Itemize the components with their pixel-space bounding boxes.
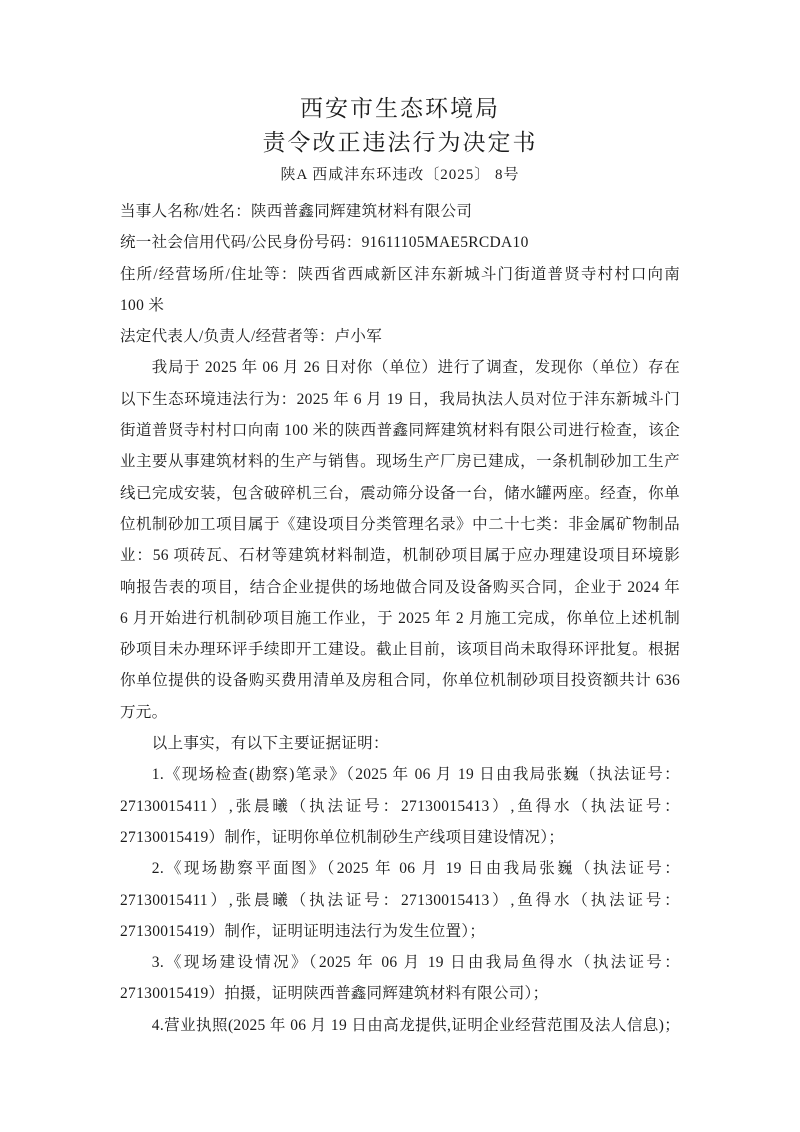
text-line: 27130015419）拍摄，证明陕西普鑫同辉建筑材料有限公司）；: [120, 978, 680, 1009]
text-line: 响报告表的项目，结合企业提供的场地做合同及设备购买合同，企业于 2024 年: [120, 572, 680, 603]
text-line: 以下生态环境违法行为：2025 年 6 月 19 日，我局执法人员对位于沣东新城…: [120, 384, 680, 415]
document-body: 当事人名称/姓名：陕西普鑫同辉建筑材料有限公司统一社会信用代码/公民身份号码：9…: [120, 196, 680, 1041]
document-number: 陕A 西咸沣东环违改〔2025〕 8号: [120, 163, 680, 187]
text-line: 街道普贤寺村村口向南 100 米的陕西普鑫同辉建筑材料有限公司进行检查，该企: [120, 415, 680, 446]
document-page: 西安市生态环境局 责令改正违法行为决定书 陕A 西咸沣东环违改〔2025〕 8号…: [0, 0, 800, 1132]
text-line: 6 月开始进行机制砂项目施工作业，于 2025 年 2 月施工完成，你单位上述机…: [120, 603, 680, 634]
text-line: 27130015411）,张晨曦（执法证号：27130015413）,鱼得水（执…: [120, 885, 680, 916]
legal-representative-field: 法定代表人/负责人/经营者等：卢小军: [120, 321, 680, 352]
evidence-item-2: 2.《现场勘察平面图》（2025 年 06 月 19 日由我局张巍（执法证号：2…: [120, 853, 680, 947]
document-title: 西安市生态环境局: [120, 92, 680, 126]
text-line: 1.《现场检查(勘察)笔录》（2025 年 06 月 19 日由我局张巍（执法证…: [120, 759, 680, 790]
evidence-item-4: 4.营业执照(2025 年 06 月 19 日由高龙提供,证明企业经营范围及法人…: [120, 1010, 680, 1041]
text-line: 3.《现场建设情况》（2025 年 06 月 19 日由我局鱼得水（执法证号：: [120, 947, 680, 978]
document-content: 西安市生态环境局 责令改正违法行为决定书 陕A 西咸沣东环违改〔2025〕 8号…: [120, 0, 680, 1041]
text-line: 业：56 项砖瓦、石材等建筑材料制造，机制砂项目属于应办理建设项目环境影: [120, 540, 680, 571]
text-line: 业主要从事建筑材料的生产与销售。现场生产厂房已建成，一条机制砂加工生产: [120, 446, 680, 477]
address-field: 住所/经营场所/住址等：陕西省西咸新区沣东新城斗门街道普贤寺村村口向南100 米: [120, 259, 680, 322]
text-line: 线已完成安装，包含破碎机三台，震动筛分设备一台，储水罐两座。经查，你单: [120, 478, 680, 509]
text-line: 4.营业执照(2025 年 06 月 19 日由高龙提供,证明企业经营范围及法人…: [120, 1010, 680, 1041]
text-line: 砂项目未办理环评手续即开工建设。截止目前，该项目尚未取得环评批复。根据: [120, 634, 680, 665]
text-line: 27130015419）制作，证明证明违法行为发生位置）；: [120, 916, 680, 947]
text-line: 100 米: [120, 290, 680, 321]
evidence-item-1: 1.《现场检查(勘察)笔录》（2025 年 06 月 19 日由我局张巍（执法证…: [120, 759, 680, 853]
document-header: 西安市生态环境局 责令改正违法行为决定书 陕A 西咸沣东环违改〔2025〕 8号: [120, 0, 680, 187]
party-name-field: 当事人名称/姓名：陕西普鑫同辉建筑材料有限公司: [120, 196, 680, 227]
document-subtitle: 责令改正违法行为决定书: [120, 126, 680, 160]
text-line: 当事人名称/姓名：陕西普鑫同辉建筑材料有限公司: [120, 196, 680, 227]
text-line: 2.《现场勘察平面图》（2025 年 06 月 19 日由我局张巍（执法证号：: [120, 853, 680, 884]
text-line: 统一社会信用代码/公民身份号码：91611105MAE5RCDA10: [120, 227, 680, 258]
text-line: 我局于 2025 年 06 月 26 日对你（单位）进行了调查，发现你（单位）存…: [120, 352, 680, 383]
text-line: 位机制砂加工项目属于《建设项目分类管理名录》中二十七类：非金属矿物制品: [120, 509, 680, 540]
evidence-intro-paragraph: 以上事实，有以下主要证据证明：: [120, 728, 680, 759]
text-line: 以上事实，有以下主要证据证明：: [120, 728, 680, 759]
text-line: 27130015411）,张晨曦（执法证号：27130015413）,鱼得水（执…: [120, 791, 680, 822]
text-line: 住所/经营场所/住址等：陕西省西咸新区沣东新城斗门街道普贤寺村村口向南: [120, 259, 680, 290]
credit-code-field: 统一社会信用代码/公民身份号码：91611105MAE5RCDA10: [120, 227, 680, 258]
investigation-paragraph: 我局于 2025 年 06 月 26 日对你（单位）进行了调查，发现你（单位）存…: [120, 352, 680, 728]
evidence-item-3: 3.《现场建设情况》（2025 年 06 月 19 日由我局鱼得水（执法证号：2…: [120, 947, 680, 1010]
text-line: 你单位提供的设备购买费用清单及房租合同，你单位机制砂项目投资额共计 636: [120, 665, 680, 696]
text-line: 法定代表人/负责人/经营者等：卢小军: [120, 321, 680, 352]
text-line: 万元。: [120, 697, 680, 728]
text-line: 27130015419）制作，证明你单位机制砂生产线项目建设情况）；: [120, 822, 680, 853]
